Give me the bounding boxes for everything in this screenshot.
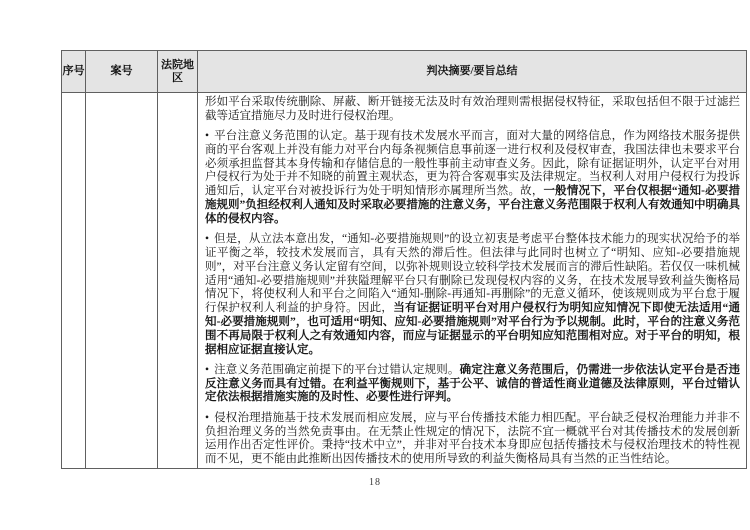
column-header-label: 序号 <box>63 65 85 77</box>
cell-case-number <box>86 93 158 469</box>
cell-serial-number <box>62 93 86 469</box>
column-header-serial-number: 序号 <box>62 51 86 93</box>
summary-paragraph: • 侵权治理措施基于技术发展而相应发展，应与平台传播技术能力相匹配。平台缺乏侵权… <box>205 412 740 467</box>
column-header-label: 案号 <box>111 65 133 77</box>
column-header-court-region: 法院地区 <box>158 51 198 93</box>
summary-paragraph: • 但是，从立法本意出发，“通知-必要措施规则”的设立初衷是考虑平台整体技术能力… <box>205 233 740 357</box>
bullet-icon: • <box>205 130 212 142</box>
judgment-summary-table: 序号 案号 法院地区 判决摘要/要旨总结 形如平台采取传统删除、屏蔽、断开链接无… <box>61 50 747 469</box>
summary-paragraph: • 平台注意义务范围的认定。基于现有技术发展水平而言，面对大量的网络信息，作为网… <box>205 130 740 227</box>
table-row: 形如平台采取传统删除、屏蔽、断开链接无法及时有效治理则需根据侵权特征，采取包括但… <box>62 93 747 469</box>
bullet-icon: • <box>205 412 212 424</box>
summary-text: 侵权治理措施基于技术发展而相应发展，应与平台传播技术能力相匹配。平台缺乏侵权治理… <box>205 412 740 465</box>
page-number: 18 <box>0 477 750 488</box>
cell-court-region <box>158 93 198 469</box>
bullet-icon: • <box>205 233 212 245</box>
summary-paragraph: • 注意义务范围确定前提下的平台过错认定规则。确定注意义务范围后，仍需进一步依法… <box>205 364 740 405</box>
table-header-row: 序号 案号 法院地区 判决摘要/要旨总结 <box>62 51 747 93</box>
column-header-label: 判决摘要/要旨总结 <box>426 65 517 77</box>
cell-judgment-summary: 形如平台采取传统删除、屏蔽、断开链接无法及时有效治理则需根据侵权特征，采取包括但… <box>198 93 747 469</box>
column-header-case-number: 案号 <box>86 51 158 93</box>
summary-text: 注意义务范围确定前提下的平台过错认定规则。 <box>214 364 460 376</box>
bullet-icon: • <box>205 364 212 376</box>
summary-text: 形如平台采取传统删除、屏蔽、断开链接无法及时有效治理则需根据侵权特征，采取包括但… <box>205 96 740 122</box>
column-header-judgment-summary: 判决摘要/要旨总结 <box>198 51 747 93</box>
document-page: 序号 案号 法院地区 判决摘要/要旨总结 形如平台采取传统删除、屏蔽、断开链接无… <box>0 0 750 530</box>
summary-paragraph: 形如平台采取传统删除、屏蔽、断开链接无法及时有效治理则需根据侵权特征，采取包括但… <box>205 96 740 124</box>
column-header-label: 法院地区 <box>161 59 194 84</box>
